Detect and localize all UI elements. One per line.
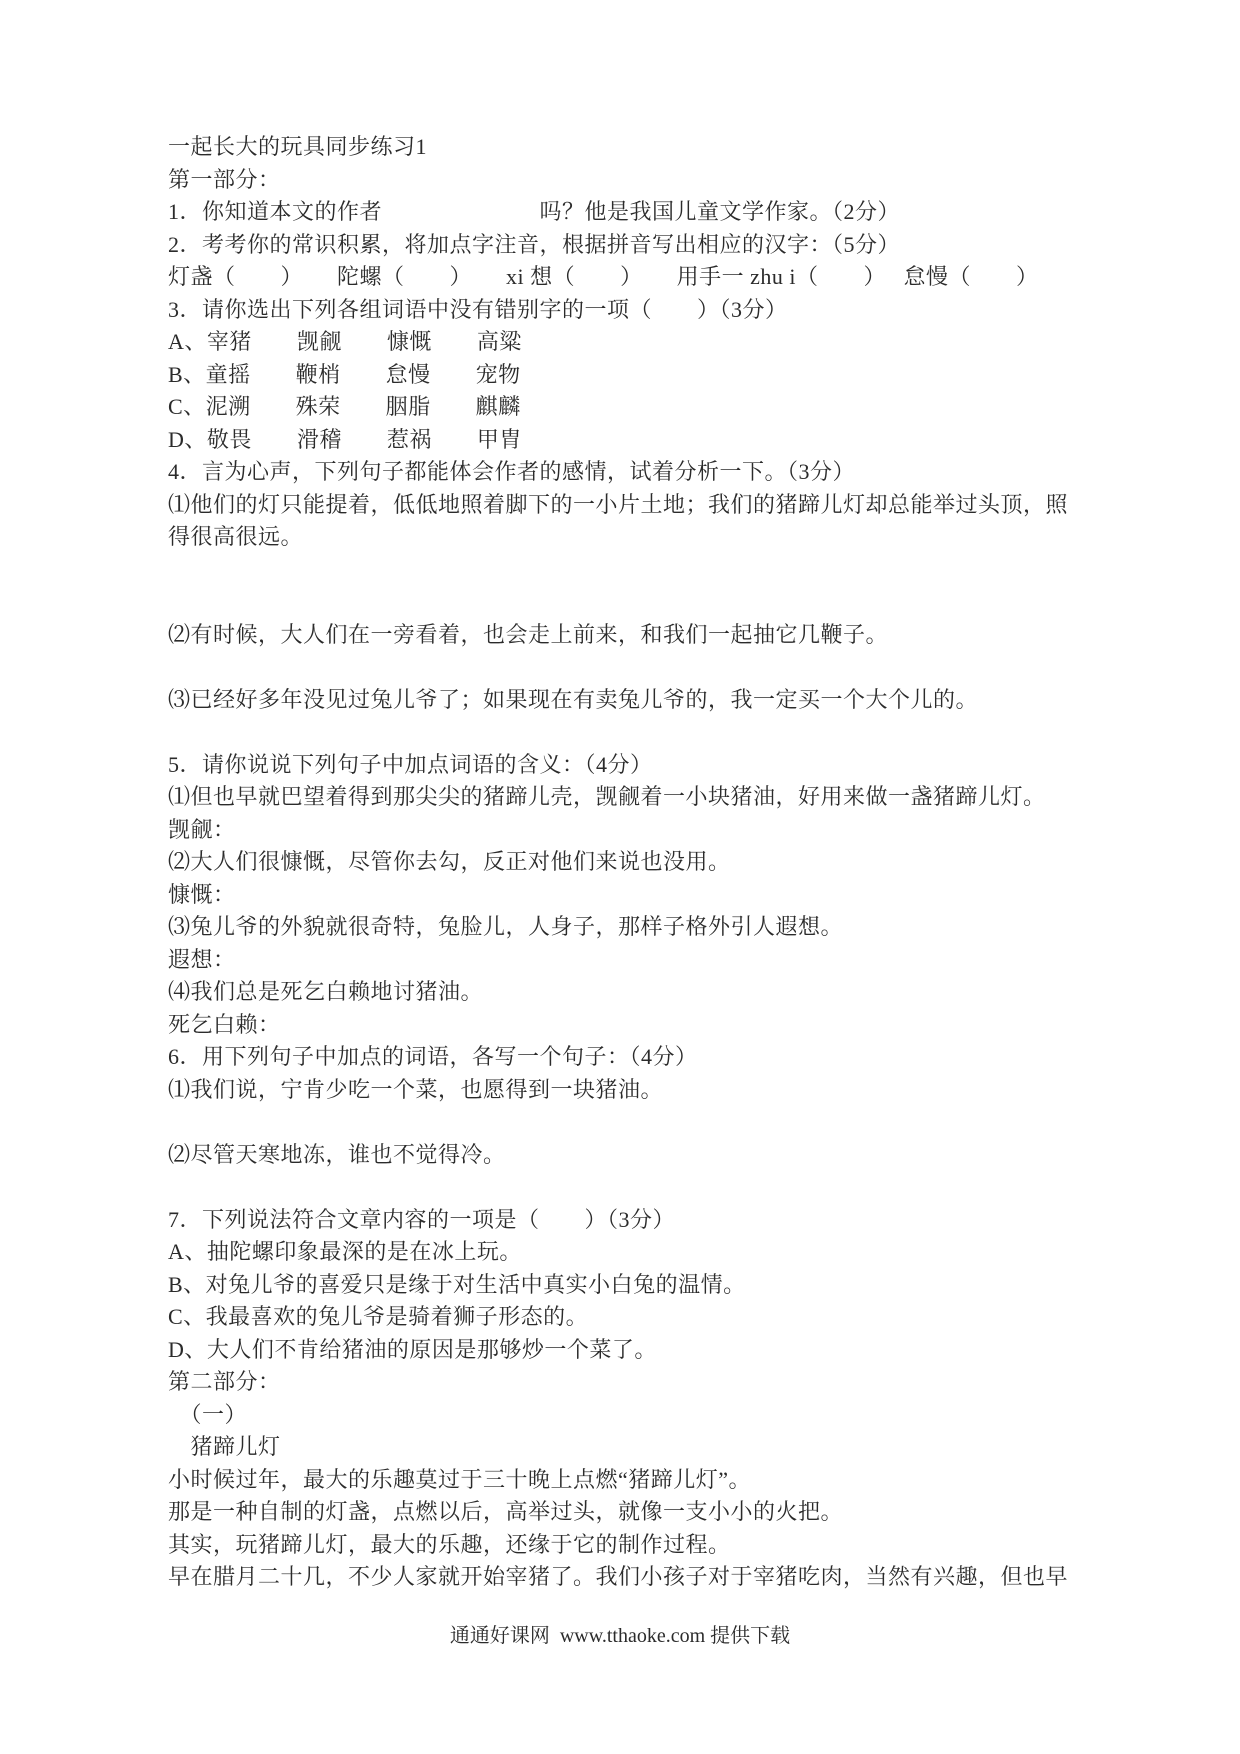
question-6: 6．用下列句子中加点的词语，各写一个句子：（4分） bbox=[168, 1041, 1098, 1074]
question-5-item-1-answer-label: 觊觎： bbox=[168, 814, 1098, 847]
question-5-item-3-answer-label: 遐想： bbox=[168, 944, 1098, 977]
part1-header: 第一部分： bbox=[168, 164, 1098, 197]
question-7-option-c: C、我最喜欢的兔儿爷是骑着狮子形态的。 bbox=[168, 1301, 1098, 1334]
question-5-item-2: ⑵大人们很慷慨，尽管你去勾，反正对他们来说也没用。 bbox=[168, 846, 1098, 879]
worksheet-title: 一起长大的玩具同步练习1 bbox=[168, 131, 1098, 164]
question-4-item-1-line-2: 得很高很远。 bbox=[168, 521, 1098, 554]
question-5: 5．请你说说下列句子中加点词语的含义：（4分） bbox=[168, 749, 1098, 782]
part2-section-number: （一） bbox=[168, 1399, 1098, 1432]
worksheet-page: 一起长大的玩具同步练习1第一部分：1．你知道本文的作者 吗？他是我国儿童文学作家… bbox=[0, 0, 1240, 1754]
passage-line-3: 其实，玩猪蹄儿灯，最大的乐趣，还缘于它的制作过程。 bbox=[168, 1529, 1098, 1562]
question-4-item-2: ⑵有时候，大人们在一旁看着，也会走上前来，和我们一起抽它几鞭子。 bbox=[168, 619, 1098, 652]
question-5-item-4-answer-label: 死乞白赖： bbox=[168, 1009, 1098, 1042]
question-1: 1．你知道本文的作者 吗？他是我国儿童文学作家。（2分） bbox=[168, 196, 1098, 229]
question-5-item-1: ⑴但也早就巴望着得到那尖尖的猪蹄儿壳，觊觎着一小块猪油，好用来做一盏猪蹄儿灯。 bbox=[168, 781, 1098, 814]
question-3-option-b: B、童摇 鞭梢 怠慢 宠物 bbox=[168, 359, 1098, 392]
passage-line-4: 早在腊月二十几，不少人家就开始宰猪了。我们小孩子对于宰猪吃肉，当然有兴趣，但也早 bbox=[168, 1561, 1098, 1594]
blank-line bbox=[168, 716, 1098, 749]
question-5-item-2-answer-label: 慷慨： bbox=[168, 879, 1098, 912]
question-2-pinyin-row: 灯盏（ ） 陀螺（ ） xi 想（ ） 用手一 zhu i（ ） 怠慢（ ） bbox=[168, 261, 1098, 294]
question-7-option-b: B、对兔儿爷的喜爱只是缘于对生活中真实小白兔的温情。 bbox=[168, 1269, 1098, 1302]
question-5-item-4: ⑷我们总是死乞白赖地讨猪油。 bbox=[168, 976, 1098, 1009]
passage-line-2: 那是一种自制的灯盏，点燃以后，高举过头，就像一支小小的火把。 bbox=[168, 1496, 1098, 1529]
question-7: 7．下列说法符合文章内容的一项是（ ）（3分） bbox=[168, 1204, 1098, 1237]
question-3-option-a: A、宰猪 觊觎 慷慨 高粱 bbox=[168, 326, 1098, 359]
question-7-option-a: A、抽陀螺印象最深的是在冰上玩。 bbox=[168, 1236, 1098, 1269]
blank-line bbox=[168, 1171, 1098, 1204]
blank-line bbox=[168, 651, 1098, 684]
blank-line bbox=[168, 586, 1098, 619]
page-footer: 通通好课网 www.tthaoke.com 提供下载 bbox=[0, 1622, 1240, 1650]
question-2: 2．考考你的常识积累，将加点字注音，根据拼音写出相应的汉字：（5分） bbox=[168, 229, 1098, 262]
question-7-option-d: D、大人们不肯给猪油的原因是那够炒一个菜了。 bbox=[168, 1334, 1098, 1367]
question-6-item-1: ⑴我们说，宁肯少吃一个菜，也愿得到一块猪油。 bbox=[168, 1074, 1098, 1107]
question-3: 3．请你选出下列各组词语中没有错别字的一项（ ）（3分） bbox=[168, 294, 1098, 327]
passage-line-1: 小时候过年，最大的乐趣莫过于三十晚上点燃“猪蹄儿灯”。 bbox=[168, 1464, 1098, 1497]
question-6-item-2: ⑵尽管天寒地冻，谁也不觉得冷。 bbox=[168, 1139, 1098, 1172]
question-4: 4．言为心声，下列句子都能体会作者的感情，试着分析一下。（3分） bbox=[168, 456, 1098, 489]
part2-header: 第二部分： bbox=[168, 1366, 1098, 1399]
blank-line bbox=[168, 1106, 1098, 1139]
passage-title: 猪蹄儿灯 bbox=[168, 1431, 1098, 1464]
question-4-item-1-line-1: ⑴他们的灯只能提着，低低地照着脚下的一小片土地；我们的猪蹄儿灯却总能举过头顶，照 bbox=[168, 489, 1098, 522]
blank-line bbox=[168, 554, 1098, 587]
question-3-option-d: D、敬畏 滑稽 惹祸 甲胄 bbox=[168, 424, 1098, 457]
question-5-item-3: ⑶兔儿爷的外貌就很奇特，兔脸儿，人身子，那样子格外引人遐想。 bbox=[168, 911, 1098, 944]
question-4-item-3: ⑶已经好多年没见过兔儿爷了；如果现在有卖兔儿爷的，我一定买一个大个儿的。 bbox=[168, 684, 1098, 717]
document-body: 一起长大的玩具同步练习1第一部分：1．你知道本文的作者 吗？他是我国儿童文学作家… bbox=[168, 131, 1098, 1594]
question-3-option-c: C、泥溯 殊荣 胭脂 麒麟 bbox=[168, 391, 1098, 424]
